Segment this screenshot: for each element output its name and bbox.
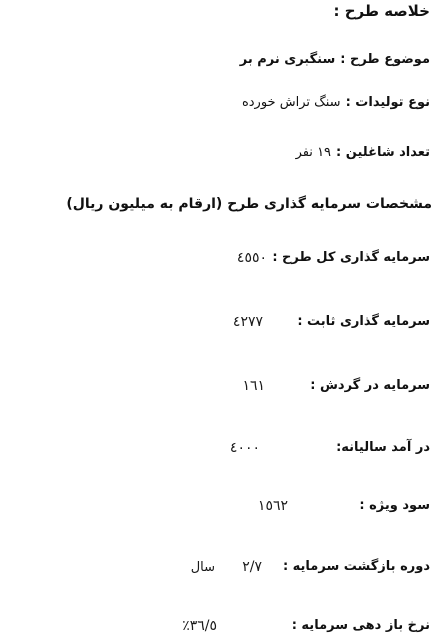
field-value: ٤٥٥٠ [237,250,267,266]
field-value: ١٦١ [242,378,265,394]
field-label: نوع تولیدات : [346,95,430,110]
field-value: ٤٠٠٠ [230,440,260,456]
field-label: سرمایه گذاری کل طرح : [272,250,430,265]
field-value: ١٩ نفر [296,145,331,160]
document-page: خلاصه طرح : موضوع طرح :سنگبری نرم بر نوع… [0,0,444,643]
field-value: سنگبری نرم بر [240,52,335,67]
field-label: دوره بازگشت سرمایه : [283,559,430,574]
section-title-investment-specs: مشخصات سرمایه گذاری طرح (ارقام به میلیون… [0,196,444,218]
field-value: ٢/٧ [242,559,262,575]
field-row-net-profit: سود ویژه : ١٥٦٢ [0,498,444,520]
field-value: ٤٢٧٧ [233,314,263,330]
field-row-product-type: نوع تولیدات :سنگ تراش خورده [0,91,444,113]
field-row-fixed-investment: سرمایه گذاری ثابت : ٤٢٧٧ [0,314,444,336]
field-label: تعداد شاغلین : [336,145,430,160]
field-row-project-subject: موضوع طرح :سنگبری نرم بر [0,48,444,70]
field-label: موضوع طرح : [340,52,430,67]
document-title: خلاصه طرح : [0,2,444,24]
field-row-payback-period: دوره بازگشت سرمایه : ٢/٧ سال [0,559,444,581]
field-value: سنگ تراش خورده [242,95,341,110]
field-row-employee-count: تعداد شاغلین :١٩ نفر [0,141,444,163]
field-label: سرمایه در گردش : [310,378,430,393]
field-unit: سال [191,560,215,575]
field-label: سود ویژه : [359,498,430,513]
field-label: در آمد سالیانه: [336,440,430,455]
field-label: سرمایه گذاری ثابت : [297,314,430,329]
field-row-return-rate: نرخ باز دهی سرمایه : ٣٦/٥٪ [0,618,444,640]
field-value: ١٥٦٢ [258,498,288,514]
field-row-annual-income: در آمد سالیانه: ٤٠٠٠ [0,440,444,462]
field-label: نرخ باز دهی سرمایه : [292,618,430,633]
field-row-working-capital: سرمایه در گردش : ١٦١ [0,378,444,400]
field-value: ٣٦/٥٪ [182,618,217,634]
field-row-total-investment: سرمایه گذاری کل طرح : ٤٥٥٠ [0,250,444,272]
